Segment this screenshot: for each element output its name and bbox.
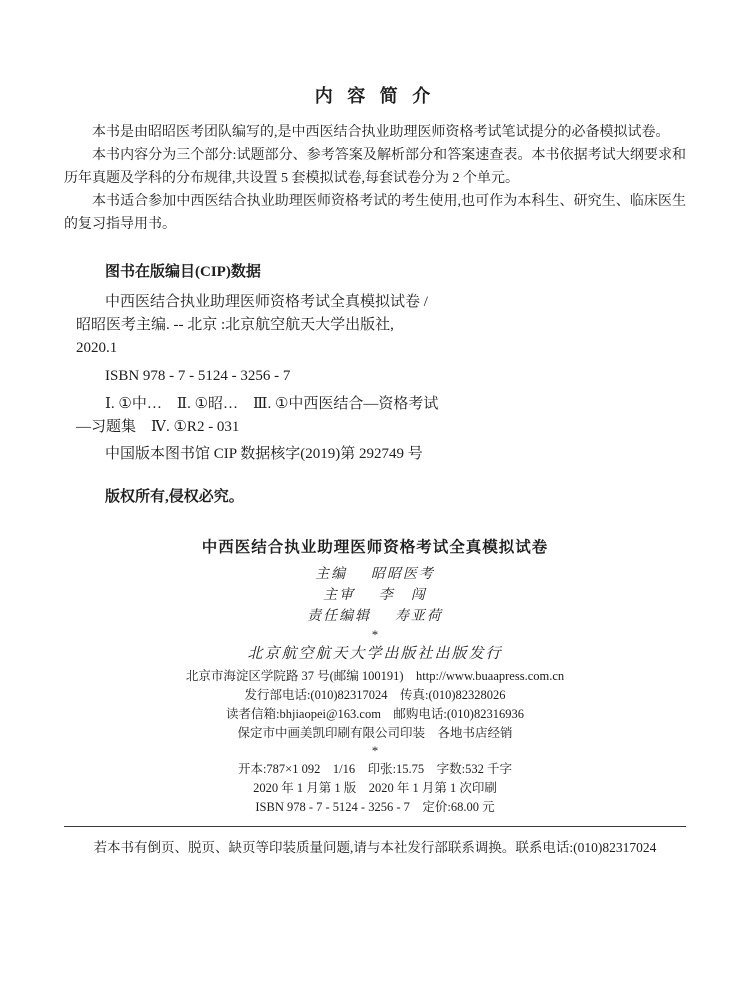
divider-rule [64, 826, 686, 827]
editor-role: 主审 [323, 588, 355, 603]
intro-paragraphs: 本书是由昭昭医考团队编写的,是中西医结合执业助理医师资格考试笔试提分的必备模拟试… [64, 121, 686, 236]
star-separator: * [64, 743, 686, 759]
book-title: 中西医结合执业助理医师资格考试全真模拟试卷 [64, 538, 686, 558]
editor-name: 李 闯 [379, 588, 427, 603]
cip-classification-line: Ⅰ. ①中… Ⅱ. ①昭… Ⅲ. ①中西医结合—资格考试 [105, 393, 686, 416]
editor-row: 主编昭昭医考 [64, 564, 686, 585]
editor-role: 主编 [315, 567, 347, 582]
print-format-line: 开本:787×1 092 1/16 印张:15.75 字数:532 千字 [64, 760, 686, 779]
editor-row: 责任编辑寿亚荷 [64, 606, 686, 627]
editor-role: 责任编辑 [307, 609, 371, 624]
printer-distribution: 保定市中画美凯印刷有限公司印装 各地书店经销 [64, 724, 686, 743]
colophon: 中西医结合执业助理医师资格考试全真模拟试卷 主编昭昭医考 主审李 闯 责任编辑寿… [64, 538, 686, 817]
publisher-line: 北京航空航天大学出版社出版发行 [64, 643, 686, 665]
intro-section-title: 内 容 简 介 [64, 85, 686, 107]
editor-row: 主审李 闯 [64, 585, 686, 606]
intro-paragraph: 本书适合参加中西医结合执业助理医师资格考试的考生使用,也可作为本科生、研究生、临… [64, 190, 686, 236]
editors-list: 主编昭昭医考 主审李 闯 责任编辑寿亚荷 [64, 564, 686, 627]
cip-entry: 中西医结合执业助理医师资格考试全真模拟试卷 / 昭昭医考主编. -- 北京 :北… [64, 291, 686, 360]
cip-record-number: 中国版本图书馆 CIP 数据核字(2019)第 292749 号 [105, 443, 686, 466]
copyright-notice: 版权所有,侵权必究。 [105, 486, 686, 508]
footer-quality-note: 若本书有倒页、脱页、缺页等印装质量问题,请与本社发行部联系调换。联系电话:(01… [64, 838, 686, 858]
editor-name: 寿亚荷 [395, 609, 443, 624]
print-edition-line: 2020 年 1 月第 1 版 2020 年 1 月第 1 次印刷 [64, 779, 686, 798]
cip-isbn: ISBN 978 - 7 - 5124 - 3256 - 7 [105, 365, 686, 388]
cip-entry-line: 2020.1 [76, 337, 686, 360]
intro-paragraph: 本书内容分为三个部分:试题部分、参考答案及解析部分和答案速查表。本书依据考试大纲… [64, 144, 686, 190]
print-info-block: 开本:787×1 092 1/16 印张:15.75 字数:532 千字 202… [64, 760, 686, 817]
editor-name: 昭昭医考 [371, 567, 435, 582]
publisher-email-mailorder: 读者信箱:bhjiaopei@163.com 邮购电话:(010)8231693… [64, 705, 686, 724]
cip-classification-line: —习题集 Ⅳ. ①R2 - 031 [76, 416, 686, 439]
publisher-contact-block: 北京市海淀区学院路 37 号(邮编 100191) http://www.bua… [64, 667, 686, 743]
print-isbn-price-line: ISBN 978 - 7 - 5124 - 3256 - 7 定价:68.00 … [64, 798, 686, 817]
cip-entry-line: 昭昭医考主编. -- 北京 :北京航空航天大学出版社, [76, 314, 686, 337]
publisher-phone-fax: 发行部电话:(010)82317024 传真:(010)82328026 [64, 686, 686, 705]
publisher-address: 北京市海淀区学院路 37 号(邮编 100191) http://www.bua… [64, 667, 686, 686]
cip-heading: 图书在版编目(CIP)数据 [105, 262, 686, 282]
cip-classification: Ⅰ. ①中… Ⅱ. ①昭… Ⅲ. ①中西医结合—资格考试 —习题集 Ⅳ. ①R2… [64, 393, 686, 439]
cip-entry-line: 中西医结合执业助理医师资格考试全真模拟试卷 / [105, 291, 686, 314]
intro-paragraph: 本书是由昭昭医考团队编写的,是中西医结合执业助理医师资格考试笔试提分的必备模拟试… [64, 121, 686, 144]
book-copyright-page: 内 容 简 介 本书是由昭昭医考团队编写的,是中西医结合执业助理医师资格考试笔试… [0, 0, 750, 1000]
star-separator: * [64, 627, 686, 643]
